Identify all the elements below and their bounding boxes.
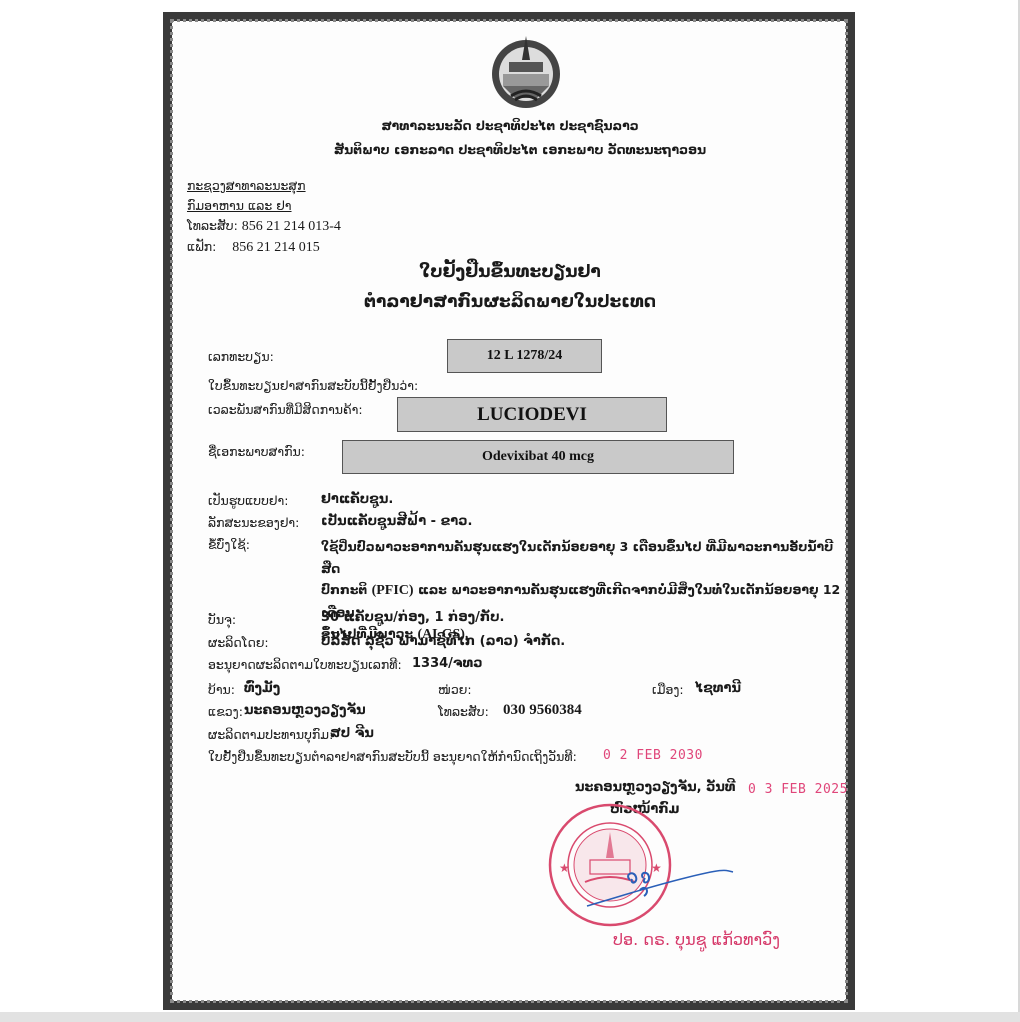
signature-icon bbox=[585, 860, 735, 910]
brand-name-box: LUCIODEVI bbox=[397, 397, 667, 432]
manufacturer-value: ບໍລິສັດ ລຸຊີວ ຟາມາຊິທີໄກ (ລາວ) ຈຳກັດ. bbox=[321, 634, 565, 649]
pharmacist-value: ສປ ຈີນ bbox=[330, 726, 374, 741]
page-edge bbox=[0, 1012, 1020, 1022]
generic-name-label: ຊື່ເອກະພາບສາກົນ: bbox=[208, 444, 305, 459]
registration-number-label: ເລກທະບຽນ: bbox=[208, 349, 274, 364]
certifies-label: ໃບຂຶ້ນທະບຽນຢາສາກົນສະບັບນີ້ຢັ້ງຢືນວ່າ: bbox=[208, 378, 418, 393]
document-title: ໃບຢັ້ງຢືນຂຶ້ນທະບຽນຢາ bbox=[0, 262, 1020, 282]
brand-name-label: ເວລະພັນສາກົນທີ່ມີສິດການຄ້າ: bbox=[208, 402, 363, 417]
license-label: ອະນຸຍາດຜະລິດຕາມໃບທະບຽນເລກທີ: bbox=[208, 657, 402, 672]
indication-value: ໃຊ້ປິ່ນປົວພາວະອາການຄັນຮຸນແຮງໃນເດັກນ້ອຍອາ… bbox=[321, 536, 851, 646]
indication-line: ໃຊ້ປິ່ນປົວພາວະອາການຄັນຮຸນແຮງໃນເດັກນ້ອຍອາ… bbox=[321, 536, 851, 579]
document-subtitle: ຕຳລາຢາສາກົນຜະລິດພາຍໃນປະເທດ bbox=[0, 292, 1020, 312]
dosage-form-label: ເປັນຮູບແບບຢາ: bbox=[208, 493, 288, 508]
province-label: ແຂວງ: bbox=[208, 704, 243, 719]
unit-label: ໜ່ວຍ: bbox=[438, 682, 472, 697]
issuer-fax: ແຟັກ: 856 21 214 015 bbox=[187, 237, 341, 258]
nation-name: ສາທາລະນະລັດ ປະຊາທິປະໄຕ ປະຊາຊົນລາວ bbox=[0, 118, 1020, 133]
tel-value: 030 9560384 bbox=[503, 702, 582, 719]
fax-value: 856 21 214 015 bbox=[232, 240, 320, 255]
generic-name-box: Odevixibat 40 mcg bbox=[342, 440, 734, 474]
issue-date-stamp: 0 3 FEB 2025 bbox=[748, 782, 848, 797]
validity-date-stamp: 0 2 FEB 2030 bbox=[603, 748, 703, 763]
place-date-label: ນະຄອນຫຼວງວຽງຈັນ, ວັນທີ bbox=[575, 780, 736, 795]
phone-label: ໂທລະສັບ: bbox=[187, 218, 238, 233]
svg-text:★: ★ bbox=[559, 861, 570, 875]
package-label: ບັນຈຸ: bbox=[208, 612, 236, 627]
district-value: ໄຊທານີ bbox=[695, 681, 741, 696]
village-label: ບ້ານ: bbox=[208, 682, 235, 697]
registration-number-box: 12 L 1278/24 bbox=[447, 339, 602, 373]
pharmacist-label: ຜະລິດຕາມປະທານບຸກົມ: bbox=[208, 727, 333, 742]
department-name: ກົມອາຫານ ແລະ ຢາ bbox=[187, 196, 341, 216]
license-value: 1334/ຈທວ bbox=[412, 656, 483, 671]
district-label: ເມືອງ: bbox=[652, 682, 684, 697]
package-value: 30 ແຄັບຊູນ/ກ່ອງ, 1 ກ່ອງ/ກັບ. bbox=[321, 610, 505, 625]
appearance-label: ລັກສະນະຂອງຢາ: bbox=[208, 515, 299, 530]
indication-text: ປົກກະຕິ bbox=[321, 582, 372, 597]
manufacturer-label: ຜະລິດໂດຍ: bbox=[208, 635, 269, 650]
phone-value: 856 21 214 013-4 bbox=[242, 219, 341, 234]
province-value: ນະຄອນຫຼວງວຽງຈັນ bbox=[244, 703, 366, 718]
signer-name: ປອ. ດຣ. ບຸນຊູ ແກ້ວທາວົງ bbox=[613, 930, 780, 949]
nation-motto: ສັນຕິພາບ ເອກະລາດ ປະຊາທິປະໄຕ ເອກະພາບ ວັດທ… bbox=[0, 142, 1020, 157]
fax-label: ແຟັກ: bbox=[187, 239, 216, 254]
village-value: ທົ່ງມັງ bbox=[244, 681, 280, 696]
issuer-block: ກະຊວງສາທາລະນະສຸກ ກົມອາຫານ ແລະ ຢາ ໂທລະສັບ… bbox=[187, 176, 341, 258]
appearance-value: ເປັນແຄັບຊູນສີຟ້າ - ຂາວ. bbox=[321, 514, 472, 529]
validity-label: ໃບຢັ້ງຢືນຂຶ້ນທະບຽນຕຳລາຢາສາກົນສະບັບນີ້ ອະ… bbox=[208, 749, 577, 764]
issuer-phone: ໂທລະສັບ: 856 21 214 013-4 bbox=[187, 216, 341, 237]
indication-label: ຂໍ້ບົ່ງໃຊ້: bbox=[208, 537, 250, 552]
dosage-form-value: ຢາແຄັບຊູນ. bbox=[321, 492, 393, 507]
national-emblem-icon bbox=[487, 30, 565, 112]
ministry-name: ກະຊວງສາທາລະນະສຸກ bbox=[187, 176, 341, 196]
pfic-abbrev: (PFIC) bbox=[372, 583, 414, 598]
document-border-frame bbox=[163, 12, 855, 1010]
tel-label: ໂທລະສັບ: bbox=[438, 704, 489, 719]
